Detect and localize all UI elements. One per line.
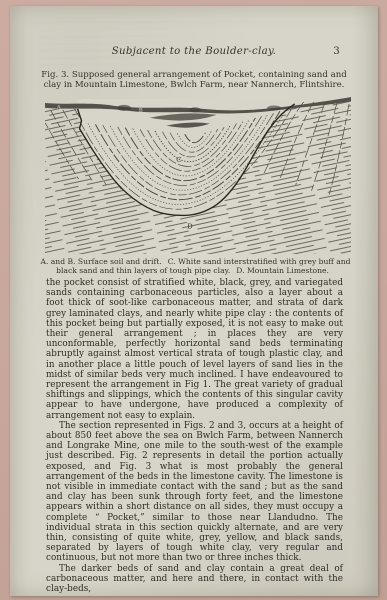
surface-band-blob (267, 106, 281, 111)
surface-band-blob (189, 107, 201, 112)
label-d: D (187, 222, 193, 230)
label-a: A (56, 105, 61, 111)
legend-item-d: D. Mountain Limestone. (236, 266, 329, 275)
running-title: Subjacent to the Boulder-clay. (112, 46, 276, 57)
body-text: the pocket consist of stratified white, … (46, 278, 343, 594)
figure-legend: A. and B. Surface soil and drift.C. Whit… (28, 257, 360, 275)
body-paragraph: The darker beds of sand and clay contain… (46, 564, 343, 595)
label-b: B (139, 108, 143, 114)
running-head: Subjacent to the Boulder-clay. 3 (46, 46, 342, 60)
body-paragraph: The section represented in Figs. 2 and 3… (46, 421, 343, 564)
page-number: 3 (333, 46, 340, 57)
surface-band-blob (117, 105, 131, 111)
book-page: Subjacent to the Boulder-clay. 3 Fig. 3.… (10, 6, 378, 596)
figure-caption: Fig. 3. Supposed general arrangement of … (36, 70, 352, 91)
body-paragraph: the pocket consist of stratified white, … (46, 278, 343, 421)
geological-section-figure: A B C D (45, 96, 351, 254)
figure-3-diagram: A B C D (45, 96, 351, 254)
legend-item-ab: A. and B. Surface soil and drift. (40, 257, 161, 266)
label-c: C (176, 156, 181, 164)
